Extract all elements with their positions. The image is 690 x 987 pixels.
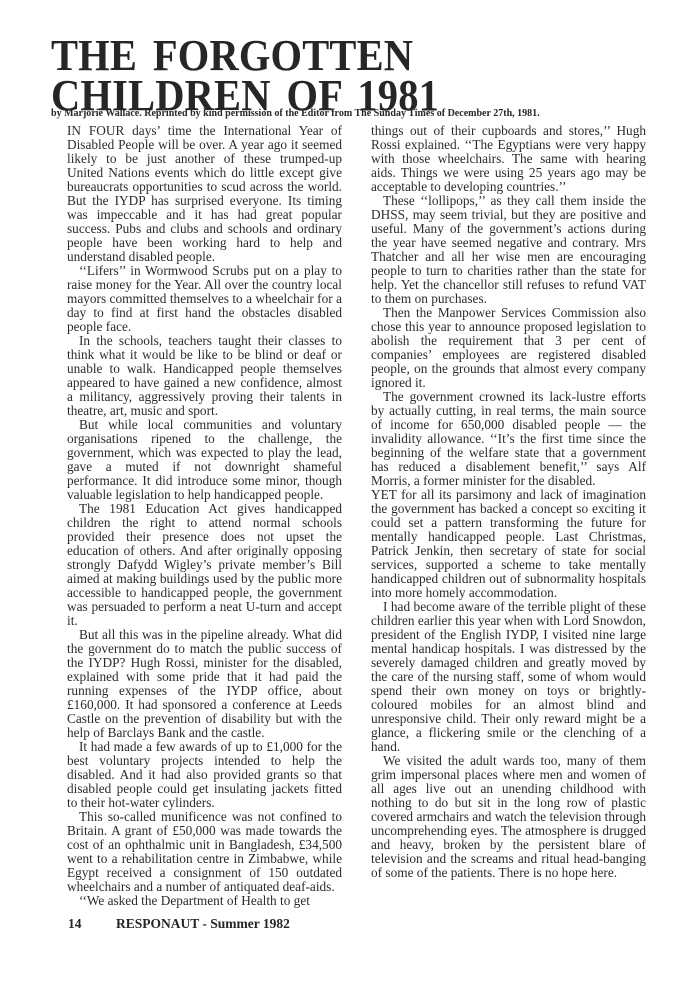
- paragraph: ‘‘We asked the Department of Health to g…: [67, 894, 342, 908]
- page-number: 14: [68, 916, 116, 932]
- paragraph: YET for all its parsimony and lack of im…: [371, 488, 646, 600]
- paragraph: But while local communities and voluntar…: [67, 418, 342, 502]
- article-column-right: things out of their cupboards and stores…: [371, 124, 646, 880]
- paragraph: But all this was in the pipeline already…: [67, 628, 342, 740]
- paragraph: The 1981 Education Act gives handicapped…: [67, 502, 342, 628]
- paragraph: This so-called munificence was not confi…: [67, 810, 342, 894]
- paragraph: These ‘‘lollipops,’’ as they call them i…: [371, 194, 646, 306]
- paragraph: ‘‘Lifers’’ in Wormwood Scrubs put on a p…: [67, 264, 342, 334]
- article-title: THE FORGOTTEN CHILDREN OF 1981: [51, 36, 603, 116]
- paragraph: things out of their cupboards and stores…: [371, 124, 646, 194]
- paragraph: IN FOUR days’ time the International Yea…: [67, 124, 342, 264]
- page-footer: 14RESPONAUT - Summer 1982: [68, 916, 290, 932]
- article-byline: by Marjorie Wallace. Reprinted by kind p…: [51, 107, 656, 120]
- publication-name: RESPONAUT - Summer 1982: [116, 916, 290, 931]
- article-column-left: IN FOUR days’ time the International Yea…: [67, 124, 342, 908]
- paragraph: It had made a few awards of up to £1,000…: [67, 740, 342, 810]
- paragraph: We visited the adult wards too, many of …: [371, 754, 646, 880]
- paragraph: In the schools, teachers taught their cl…: [67, 334, 342, 418]
- paragraph: Then the Manpower Services Commission al…: [371, 306, 646, 390]
- paragraph: I had become aware of the terrible pligh…: [371, 600, 646, 754]
- paragraph: The government crowned its lack-lustre e…: [371, 390, 646, 488]
